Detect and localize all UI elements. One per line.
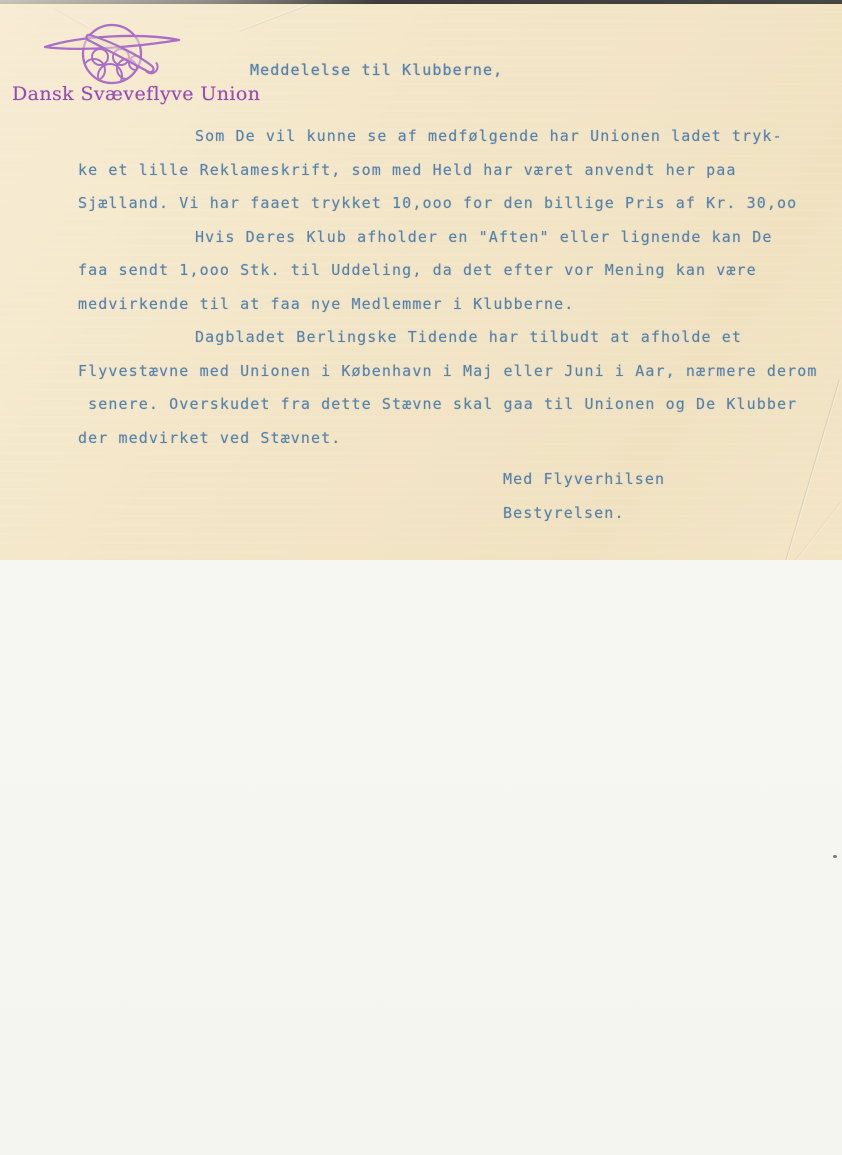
- paper-crease: [239, 2, 312, 31]
- letter-line: faa sendt 1,ooo Stk. til Uddeling, da de…: [78, 254, 823, 288]
- letter-line: Som De vil kunne se af medfølgende har U…: [78, 120, 823, 154]
- closing-block: Med Flyverhilsen Bestyrelsen.: [503, 463, 665, 530]
- letter-line: Dagbladet Berlingske Tidende har tilbudt…: [78, 321, 823, 355]
- scanned-letter: Dansk Svæveflyve Union Meddelelse til Kl…: [0, 0, 842, 1155]
- letter-line: Hvis Deres Klub afholder en "Aften" elle…: [78, 221, 823, 255]
- letter-line: der medvirket ved Stævnet.: [78, 422, 823, 456]
- letter-line: ke et lille Reklameskrift, som med Held …: [78, 154, 823, 188]
- letter-body: Som De vil kunne se af medfølgende har U…: [78, 120, 823, 455]
- letter-line: Flyvestævne med Unionen i København i Ma…: [78, 355, 823, 389]
- scan-speck: [833, 855, 837, 858]
- glider-logo-icon: [42, 10, 182, 92]
- letter-line: Sjælland. Vi har faaet trykket 10,ooo fo…: [78, 187, 823, 221]
- union-name-stamp: Dansk Svæveflyve Union: [12, 83, 260, 105]
- closing-signature: Bestyrelsen.: [503, 497, 665, 531]
- backing-sheet: [0, 560, 842, 1155]
- paper-fold-crease: [791, 502, 842, 566]
- scan-top-edge: [0, 0, 842, 4]
- letter-line: senere. Overskudet fra dette Stævne skal…: [78, 388, 823, 422]
- closing-salutation: Med Flyverhilsen: [503, 463, 665, 497]
- letter-paper: Dansk Svæveflyve Union Meddelelse til Kl…: [0, 2, 842, 560]
- letter-line: medvirkende til at faa nye Medlemmer i K…: [78, 288, 823, 322]
- letter-title: Meddelelse til Klubberne,: [250, 61, 503, 79]
